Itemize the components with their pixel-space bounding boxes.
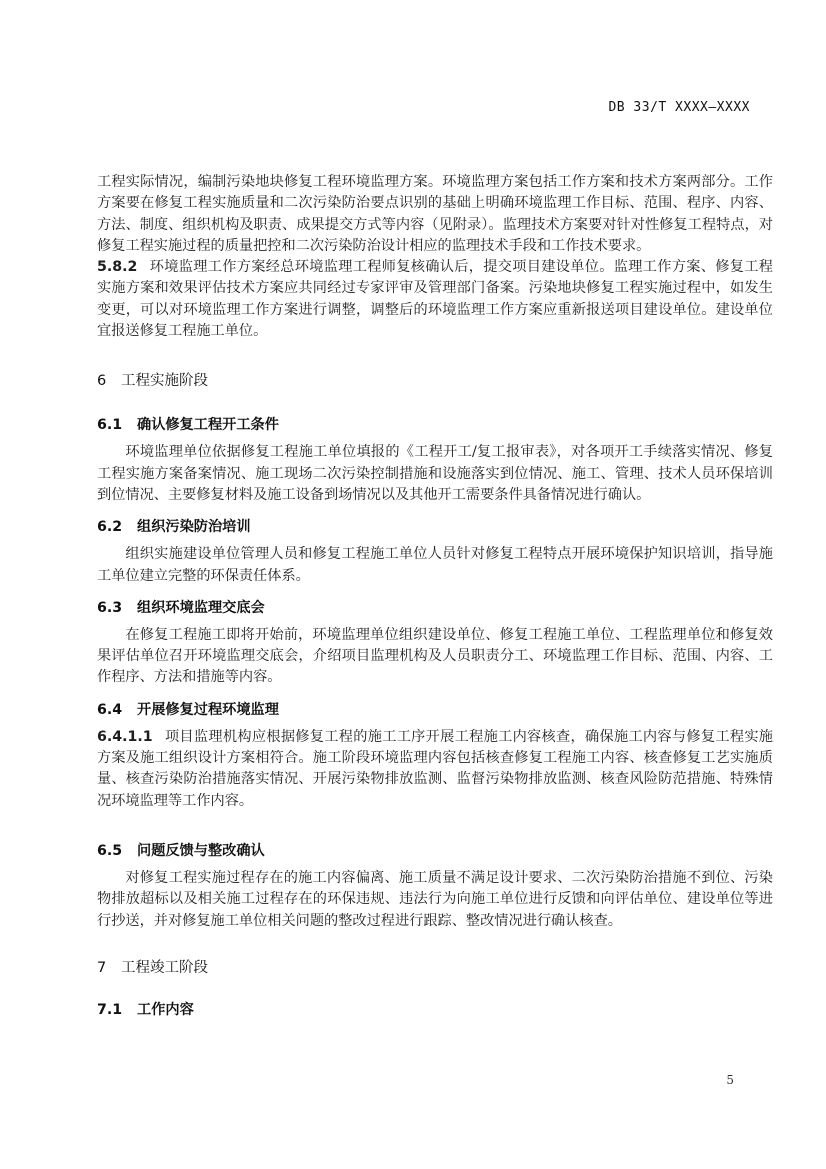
document-code-header: DB 33/T XXXX—XXXX: [608, 100, 750, 115]
section-title: 组织环境监理交底会: [137, 600, 265, 616]
section-number: 6.5: [97, 843, 137, 859]
section-number: 6.3: [97, 600, 137, 616]
section-6-3-text: 在修复工程施工即将开始前，环境监理单位组织建设单位、修复工程施工单位、工程监理单…: [97, 625, 773, 689]
section-title: 组织污染防治培训: [137, 519, 251, 535]
page-number: 5: [726, 1073, 734, 1087]
section-6-2-text: 组织实施建设单位管理人员和修复工程施工单位人员针对修复工程特点开展环境保护知识培…: [97, 544, 773, 587]
section-title: 开展修复过程环境监理: [137, 702, 279, 718]
section-number: 6: [97, 373, 121, 389]
section-number: 6.1: [97, 417, 137, 433]
section-title: 工作内容: [137, 1002, 194, 1018]
section-6-5-heading: 6.5问题反馈与整改确认: [97, 840, 773, 860]
section-title: 工程实施阶段: [121, 373, 208, 389]
section-7-1-heading: 7.1工作内容: [97, 999, 773, 1019]
section-title: 确认修复工程开工条件: [137, 417, 279, 433]
section-title: 问题反馈与整改确认: [137, 843, 265, 859]
section-6-4-heading: 6.4开展修复过程环境监理: [97, 699, 773, 719]
section-6-1-heading: 6.1确认修复工程开工条件: [97, 414, 773, 434]
clause-6-4-1-1: 6.4.1.1项目监理机构应根据修复工程的施工工序开展工程施工内容核查，确保施工…: [97, 727, 773, 812]
clause-text: 项目监理机构应根据修复工程的施工工序开展工程施工内容核查，确保施工内容与修复工程…: [97, 729, 773, 809]
clause-number: 6.4.1.1: [97, 729, 153, 745]
section-6-5-text: 对修复工程实施过程存在的施工内容偏离、施工质量不满足设计要求、二次污染防治措施不…: [97, 868, 773, 932]
section-number: 7: [97, 960, 121, 976]
section-number: 7.1: [97, 1002, 137, 1018]
section-6-1-text: 环境监理单位依据修复工程施工单位填报的《工程开工/复工报审表》，对各项开工手续落…: [97, 442, 773, 506]
section-title: 工程竣工阶段: [121, 960, 208, 976]
section-number: 6.2: [97, 519, 137, 535]
intro-paragraph: 工程实际情况，编制污染地块修复工程环境监理方案。环境监理方案包括工作方案和技术方…: [97, 172, 773, 257]
section-number: 6.4: [97, 702, 137, 718]
clause-number: 5.8.2: [97, 259, 137, 275]
clause-text: 环境监理工作方案经总环境监理工程师复核确认后，提交项目建设单位。监理工作方案、修…: [97, 259, 773, 339]
section-6-2-heading: 6.2组织污染防治培训: [97, 516, 773, 536]
section-6-3-heading: 6.3组织环境监理交底会: [97, 597, 773, 617]
document-body: 工程实际情况，编制污染地块修复工程环境监理方案。环境监理方案包括工作方案和技术方…: [97, 172, 773, 1019]
clause-5-8-2: 5.8.2环境监理工作方案经总环境监理工程师复核确认后，提交项目建设单位。监理工…: [97, 257, 773, 342]
section-6-heading: 6工程实施阶段: [97, 369, 773, 390]
section-7-heading: 7工程竣工阶段: [97, 956, 773, 977]
